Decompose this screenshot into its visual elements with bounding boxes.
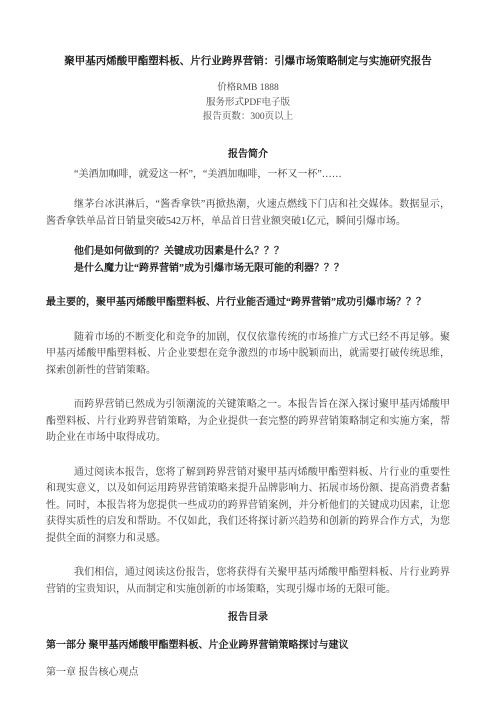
quote-paragraph: “美酒加咖啡，就爱这一杯”，“美酒加咖啡，一杯又一杯”…… bbox=[46, 167, 450, 184]
report-title: 聚甲基丙烯酸甲酯塑料板、片行业跨界营销：引爆市场策略制定与实施研究报告 bbox=[46, 54, 450, 69]
report-meta: 价格RMB 1888 服务形式PDF电子版 报告页数：300页以上 bbox=[46, 81, 450, 125]
intro-heading: 报告简介 bbox=[46, 147, 450, 163]
maotai-case-paragraph: 继茅台冰淇淋后，“酱香拿铁”再掀热潮，火速点燃线下门店和社交媒体。数据显示，酱香… bbox=[46, 197, 450, 230]
toc-chapter-1: 第一章 报告核心观点 bbox=[46, 665, 450, 682]
market-change-paragraph: 随着市场的不断变化和竞争的加剧，仅仅依靠传统的市场推广方式已经不再足够。聚甲基丙… bbox=[46, 330, 450, 380]
toc-part-1: 第一部分 聚甲基丙烯酸甲酯塑料板、片企业跨界营销策略探讨与建议 bbox=[46, 638, 450, 655]
toc-heading: 报告目录 bbox=[46, 610, 450, 626]
question-line-2: 是什么魔力让“跨界营销”成为引爆市场无限可能的利器？？？ bbox=[74, 261, 450, 278]
reading-benefits-paragraph: 通过阅读本报告，您将了解到跨界营销对聚甲基丙烯酸甲酯塑料板、片行业的重要性和现实… bbox=[46, 465, 450, 548]
key-question-line: 最主要的，聚甲基丙烯酸甲酯塑料板、片行业能否通过“跨界营销”成功引爆市场？？？ bbox=[46, 295, 450, 312]
question-block: 他们是如何做到的？关键成功因素是什么？？？ 是什么魔力让“跨界营销”成为引爆市场… bbox=[74, 244, 450, 277]
service-format-line: 服务形式PDF电子版 bbox=[46, 96, 450, 111]
price-line: 价格RMB 1888 bbox=[46, 81, 450, 96]
closing-paragraph: 我们相信，通过阅读这份报告，您将获得有关聚甲基丙烯酸甲酯塑料板、片行业跨界营销的… bbox=[46, 565, 450, 598]
report-page: 聚甲基丙烯酸甲酯塑料板、片行业跨界营销：引爆市场策略制定与实施研究报告 价格RM… bbox=[0, 0, 496, 681]
question-line-1: 他们是如何做到的？关键成功因素是什么？？？ bbox=[74, 244, 450, 261]
page-count-line: 报告页数：300页以上 bbox=[46, 110, 450, 125]
report-purpose-paragraph: 而跨界营销已然成为引领潮流的关键策略之一。本报告旨在深入探讨聚甲基丙烯酸甲酯塑料… bbox=[46, 397, 450, 447]
